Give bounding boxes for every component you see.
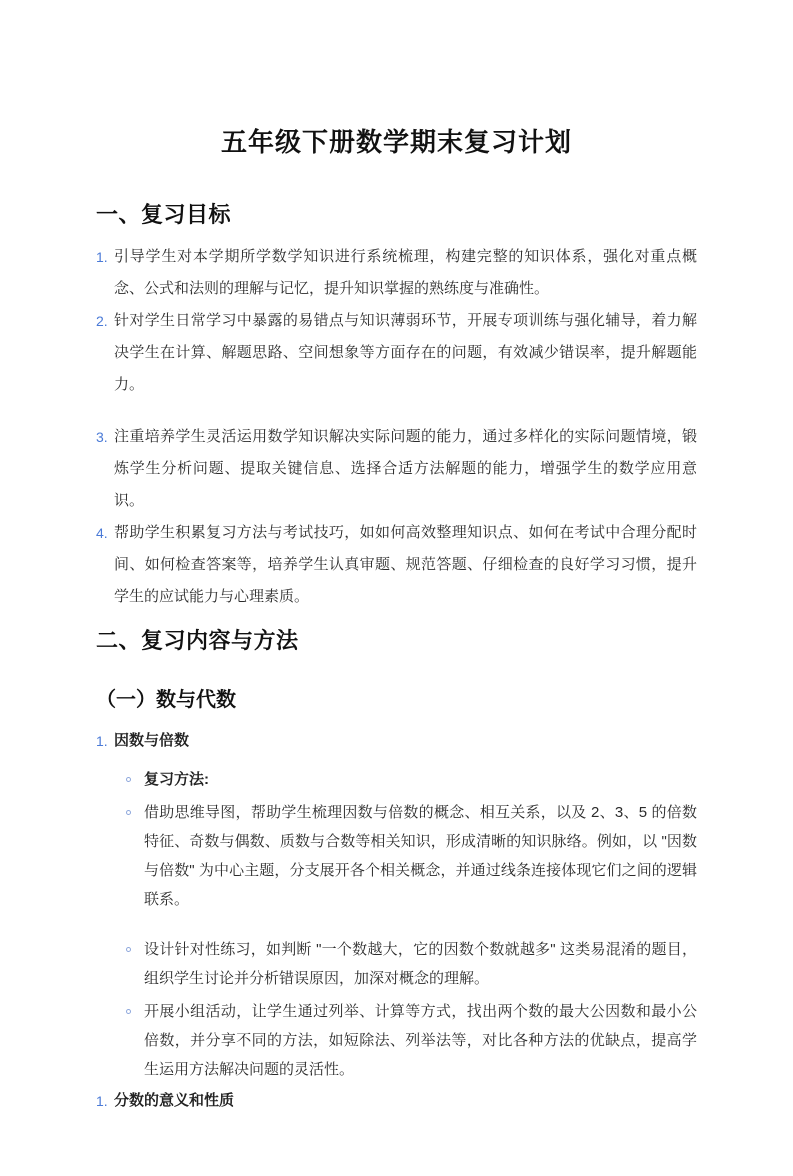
list-number: 1. xyxy=(96,726,114,756)
topic-title: 分数的意义和性质 xyxy=(114,1086,234,1116)
bullet-text: 借助思维导图，帮助学生梳理因数与倍数的概念、相互关系，以及 2、3、5 的倍数特… xyxy=(144,798,697,914)
list-number: 1. xyxy=(96,1086,114,1116)
objective-text: 帮助学生积累复习方法与考试技巧，如如何高效整理知识点、如何在考试中合理分配时间、… xyxy=(114,517,697,613)
objective-text: 针对学生日常学习中暴露的易错点与知识薄弱环节，开展专项训练与强化辅导，着力解决学… xyxy=(114,305,697,401)
doc-title: 五年级下册数学期末复习计划 xyxy=(96,127,697,157)
list-number: 3. xyxy=(96,421,114,517)
circle-bullet-icon xyxy=(125,798,144,914)
topic-list: 1. 因数与倍数 复习方法: 借助思维导图，帮助学生梳理因数与倍数的概念、相互关… xyxy=(96,726,697,1116)
circle-bullet-icon xyxy=(125,997,144,1084)
circle-bullet-icon xyxy=(125,765,144,794)
objective-item-2: 2. 针对学生日常学习中暴露的易错点与知识薄弱环节，开展专项训练与强化辅导，着力… xyxy=(96,305,697,401)
bullet-list: 复习方法: 借助思维导图，帮助学生梳理因数与倍数的概念、相互关系，以及 2、3、… xyxy=(96,765,697,1084)
section-heading-review-goals: 一、复习目标 xyxy=(96,201,697,229)
list-number: 1. xyxy=(96,241,114,305)
list-number: 2. xyxy=(96,305,114,401)
objective-item-1: 1. 引导学生对本学期所学数学知识进行系统梳理，构建完整的知识体系，强化对重点概… xyxy=(96,241,697,305)
topic-item-factors-multiples: 1. 因数与倍数 xyxy=(96,726,697,756)
topic-item-fraction-meaning: 1. 分数的意义和性质 xyxy=(96,1086,697,1116)
bullet-item-review-method-label: 复习方法: xyxy=(125,765,697,794)
subsection-heading-numbers-algebra: （一）数与代数 xyxy=(96,687,697,713)
objective-item-4: 4. 帮助学生积累复习方法与考试技巧，如如何高效整理知识点、如何在考试中合理分配… xyxy=(96,517,697,613)
bullet-text: 复习方法: xyxy=(144,765,697,794)
objectives-list: 1. 引导学生对本学期所学数学知识进行系统梳理，构建完整的知识体系，强化对重点概… xyxy=(96,241,697,613)
bullet-item-group-activity: 开展小组活动，让学生通过列举、计算等方式，找出两个数的最大公因数和最小公倍数，并… xyxy=(125,997,697,1084)
section-heading-review-content-methods: 二、复习内容与方法 xyxy=(96,627,697,655)
objective-item-3: 3. 注重培养学生灵活运用数学知识解决实际问题的能力，通过多样化的实际问题情境，… xyxy=(96,421,697,517)
bullet-item-targeted-practice: 设计针对性练习，如判断 "一个数越大，它的因数个数就越多" 这类易混淆的题目，组… xyxy=(125,935,697,993)
objective-text: 引导学生对本学期所学数学知识进行系统梳理，构建完整的知识体系，强化对重点概念、公… xyxy=(114,241,697,305)
topic-title: 因数与倍数 xyxy=(114,726,189,756)
document-page: 五年级下册数学期末复习计划 一、复习目标 1. 引导学生对本学期所学数学知识进行… xyxy=(0,0,793,1176)
bullet-text: 开展小组活动，让学生通过列举、计算等方式，找出两个数的最大公因数和最小公倍数，并… xyxy=(144,997,697,1084)
bullet-text: 设计针对性练习，如判断 "一个数越大，它的因数个数就越多" 这类易混淆的题目，组… xyxy=(144,935,697,993)
circle-bullet-icon xyxy=(125,935,144,993)
list-number: 4. xyxy=(96,517,114,613)
objective-text: 注重培养学生灵活运用数学知识解决实际问题的能力，通过多样化的实际问题情境，锻炼学… xyxy=(114,421,697,517)
bullet-item-mindmap: 借助思维导图，帮助学生梳理因数与倍数的概念、相互关系，以及 2、3、5 的倍数特… xyxy=(125,798,697,914)
